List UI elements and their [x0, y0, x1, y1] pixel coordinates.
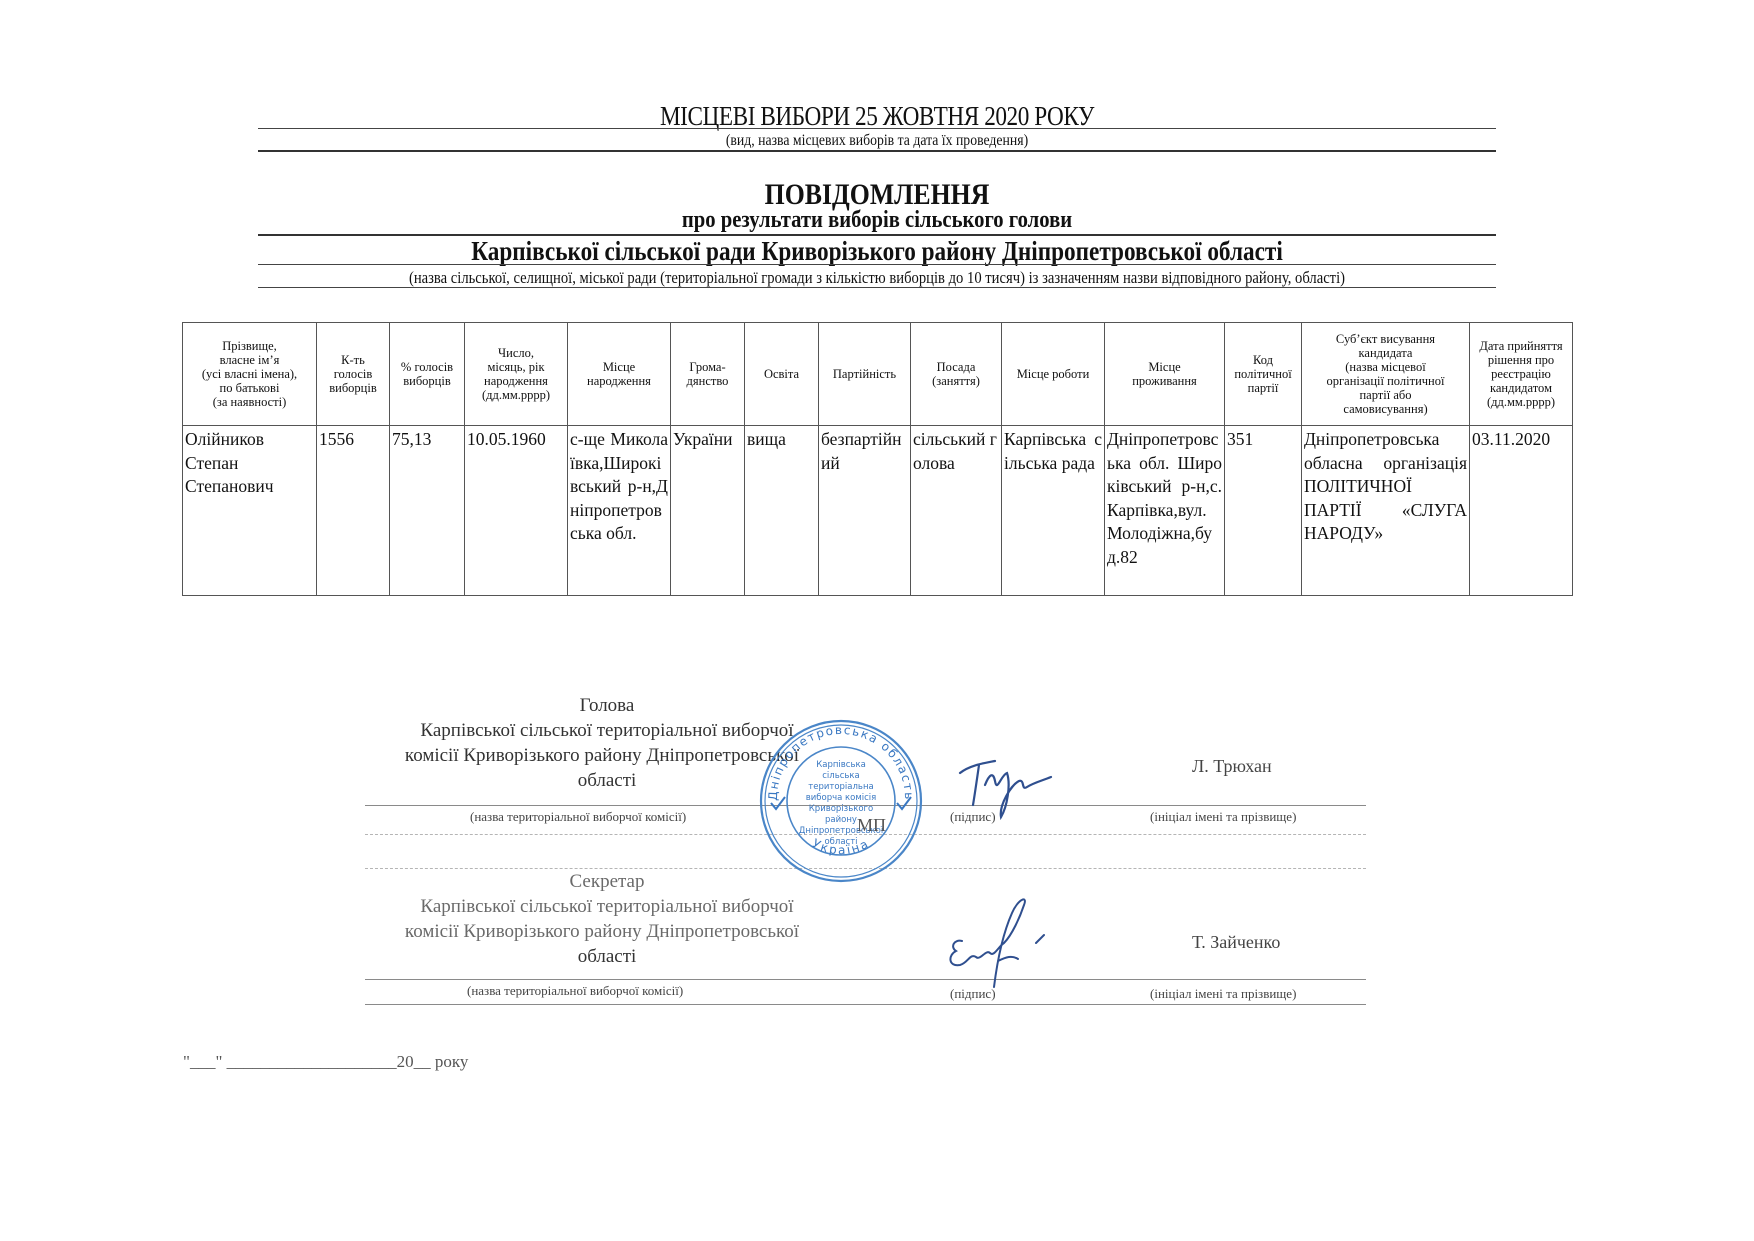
svg-text:області: області	[824, 837, 857, 847]
cell-citizenship: України	[671, 426, 745, 596]
secretary-commission-caption: (назва територіальної виборчої комісії)	[467, 983, 683, 999]
secretary-signature-line	[365, 979, 1366, 980]
table-row: Олійников Степан Степанович 1556 75,13 1…	[183, 426, 1573, 596]
svg-text:району: району	[825, 815, 857, 825]
col-header-votes: К-тьголосіввиборців	[317, 323, 390, 426]
svg-text:виборча комісія: виборча комісія	[806, 793, 877, 803]
chair-name: Л. Трюхан	[1192, 756, 1272, 777]
secretary-commission-line2: комісії Криворізького району Дніпропетро…	[372, 920, 832, 944]
divider	[258, 264, 1496, 265]
col-header-citizenship: Грома-дянство	[671, 323, 745, 426]
cell-percent: 75,13	[390, 426, 465, 596]
secretary-name-caption: (ініціал імені та прізвище)	[1150, 986, 1296, 1002]
col-header-nominating-subject: Суб’єкт висуваннякандидата(назва місцево…	[1302, 323, 1470, 426]
council-name: Карпівської сільської ради Криворізького…	[345, 236, 1410, 267]
official-stamp-icon: Дніпропетровська область Україна Карпівс…	[757, 703, 925, 893]
council-caption: (назва сільської, селищної, міської ради…	[345, 268, 1410, 288]
col-header-party-code: Кодполітичноїпартії	[1225, 323, 1302, 426]
col-header-party-affiliation: Партійність	[819, 323, 911, 426]
cell-registration-date: 03.11.2020	[1470, 426, 1573, 596]
table-header-row: Прізвище,власне ім’я(усі власні імена),п…	[183, 323, 1573, 426]
cell-birth-place: с-ще Миколаївка,Широківський р-н,Дніпроп…	[568, 426, 671, 596]
cell-position: сільський голова	[911, 426, 1002, 596]
secretary-role: Секретар	[382, 870, 832, 894]
cell-birth-date: 10.05.1960	[465, 426, 568, 596]
col-header-birth-date: Число,місяць, рікнародження(дд.мм.рррр)	[465, 323, 568, 426]
col-header-residence: Місцепроживання	[1105, 323, 1225, 426]
svg-text:Криворізького: Криворізького	[809, 804, 873, 814]
cell-residence: Дніпропетровська обл. Широківський р-н,с…	[1105, 426, 1225, 596]
cell-votes: 1556	[317, 426, 390, 596]
date-placeholder: "___" ____________________20__ року	[183, 1052, 468, 1072]
chair-commission-caption: (назва територіальної виборчої комісії)	[470, 809, 686, 825]
divider	[258, 287, 1496, 288]
chair-signature-icon	[955, 745, 1065, 825]
divider	[365, 1004, 1366, 1005]
svg-text:Карпівська: Карпівська	[816, 760, 866, 770]
col-header-full-name: Прізвище,власне ім’я(усі власні імена),п…	[183, 323, 317, 426]
cell-party-affiliation: безпартійний	[819, 426, 911, 596]
cell-education: вища	[745, 426, 819, 596]
secretary-commission-line3: області	[382, 945, 832, 969]
stamp-mark: МП	[857, 815, 886, 835]
col-header-registration-date: Дата прийняттярішення прореєстраціюканди…	[1470, 323, 1573, 426]
cell-workplace: Карпівська сільська рада	[1002, 426, 1105, 596]
election-caption: (вид, назва місцевих виборів та дата їх …	[345, 132, 1410, 150]
notice-subtitle: про результати виборів сільського голови	[345, 207, 1410, 234]
divider	[258, 150, 1496, 152]
results-table: Прізвище,власне ім’я(усі власні імена),п…	[182, 322, 1573, 596]
col-header-birth-place: Місценародження	[568, 323, 671, 426]
cell-nominating-subject: Дніпропетровська обласна організація ПОЛ…	[1302, 426, 1470, 596]
cell-full-name: Олійников Степан Степанович	[183, 426, 317, 596]
divider	[258, 128, 1496, 129]
secretary-name: Т. Зайченко	[1192, 932, 1280, 953]
col-header-position: Посада(заняття)	[911, 323, 1002, 426]
col-header-workplace: Місце роботи	[1002, 323, 1105, 426]
secretary-commission-line1: Карпівської сільської територіальної виб…	[382, 895, 832, 919]
svg-text:територіальна: територіальна	[808, 782, 873, 792]
secretary-signature-icon	[940, 895, 1060, 995]
col-header-education: Освіта	[745, 323, 819, 426]
cell-party-code: 351	[1225, 426, 1302, 596]
chair-name-caption: (ініціал імені та прізвище)	[1150, 809, 1296, 825]
svg-text:сільська: сільська	[822, 771, 860, 781]
col-header-percent: % голосіввиборців	[390, 323, 465, 426]
